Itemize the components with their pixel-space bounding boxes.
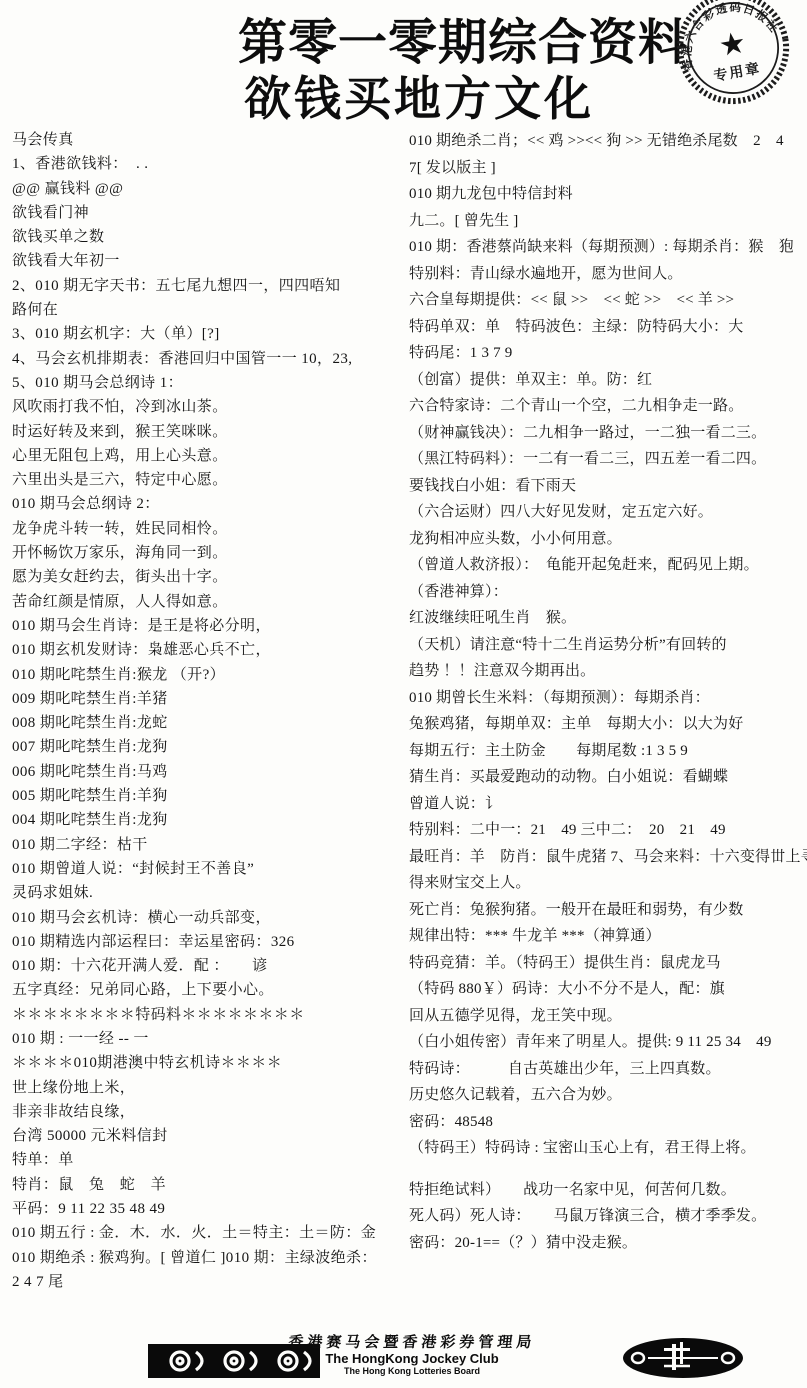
text-line: 006 期叱咤禁生肖:马鸡 bbox=[12, 760, 409, 784]
text-line: 1、香港欲钱料： . . bbox=[12, 152, 409, 176]
text-line: 007 期叱咤禁生肖:龙狗 bbox=[12, 735, 409, 759]
text-line: 兔猴鸡猪，每期单双：主单 每期大小：以大为好 bbox=[409, 711, 807, 738]
right-column: 010 期绝杀二肖；<< 鸡 >><< 狗 >> 无错绝杀尾数 2 47[ 发以… bbox=[409, 128, 807, 1294]
text-line: （香港神算）： bbox=[409, 579, 807, 606]
text-line: ＊＊＊＊＊＊＊＊特码料＊＊＊＊＊＊＊＊ bbox=[12, 1003, 409, 1027]
text-line: 欲钱看门神 bbox=[12, 201, 409, 225]
lotteries-board-logo bbox=[620, 1336, 746, 1380]
text-line: 六里出头是三六，特定中心愿。 bbox=[12, 468, 409, 492]
text-line: 龙争虎斗转一转，姓民同相怜。 bbox=[12, 517, 409, 541]
text-line: 死人码）死人诗： 马鼠万锋演三合，横才季季发。 bbox=[409, 1203, 807, 1230]
text-line: 3、010 期玄机字：大（单）[?] bbox=[12, 322, 409, 346]
text-line: 曾道人说：讠 bbox=[409, 791, 807, 818]
text-line: 005 期叱咤禁生肖:羊狗 bbox=[12, 784, 409, 808]
page-title-line2: 欲钱买地方文化 bbox=[244, 72, 698, 126]
content-columns: 马会传真1、香港欲钱料： . .@@ 赢钱料 @@欲钱看门神欲钱买单之数欲钱看大… bbox=[0, 128, 807, 1294]
text-line: 历史悠久记载着，五六合为妙。 bbox=[409, 1082, 807, 1109]
text-line: （特码王）特码诗 : 宝密山玉心上有，君王得上将。 bbox=[409, 1135, 807, 1162]
text-line: 010 期马会玄机诗：横心一动兵部变， bbox=[12, 906, 409, 930]
text-line: 008 期叱咤禁生肖:龙蛇 bbox=[12, 711, 409, 735]
text-line: 010 期 : 一一经 -- 一 bbox=[12, 1027, 409, 1051]
text-line: 趋势 ！！注意双今期再出。 bbox=[409, 658, 807, 685]
text-line: 平码：9 11 22 35 48 49 bbox=[12, 1197, 409, 1221]
text-line: 要钱找白小姐：看下雨天 bbox=[409, 473, 807, 500]
text-line: 004 期叱咤禁生肖:龙狗 bbox=[12, 808, 409, 832]
text-line: 010 期九龙包中特信封料 bbox=[409, 181, 807, 208]
text-line: 特别料：二中一：21 49 三中二： 20 21 49 bbox=[409, 817, 807, 844]
club-name-en: The HongKong Jockey Club bbox=[262, 1352, 562, 1366]
text-line: 010 期曾长生米料：（每期预测）：每期杀肖： bbox=[409, 685, 807, 712]
text-line: （天机）请注意“特十二生肖运势分析”有回转的 bbox=[409, 632, 807, 659]
footer: 香港赛马会暨香港彩券管理局 The HongKong Jockey Club T… bbox=[0, 1318, 807, 1388]
text-line: 010 期绝杀二肖；<< 鸡 >><< 狗 >> 无错绝杀尾数 2 4 bbox=[409, 128, 807, 155]
text-line: 010 期：十六花开满人爱．配 ： 谚 bbox=[12, 954, 409, 978]
text-line: 密码：48548 bbox=[409, 1109, 807, 1136]
text-line bbox=[409, 1162, 807, 1177]
text-line: 苦命红颜是情原，人人得如意。 bbox=[12, 590, 409, 614]
text-line: （特码 880￥）码诗：大小不分不是人，配：旗 bbox=[409, 976, 807, 1003]
text-line: 每期五行：主土防金 每期尾数 :1 3 5 9 bbox=[409, 738, 807, 765]
text-line: 灵码求姐妹. bbox=[12, 881, 409, 905]
text-line: 010 期玄机发财诗：枭雄恶心兵不亡， bbox=[12, 638, 409, 662]
star-icon: ★ bbox=[716, 26, 748, 63]
text-line: 特拒绝试料） 战功一名家中见，何苦何几数。 bbox=[409, 1177, 807, 1204]
footer-text: 香港赛马会暨香港彩券管理局 The HongKong Jockey Club T… bbox=[262, 1331, 562, 1376]
text-line: 4、马会玄机排期表：香港回归中国管一一 10，23, bbox=[12, 347, 409, 371]
text-line: 010 期五行 : 金．木．水．火．土＝特主：土＝防：金 bbox=[12, 1221, 409, 1245]
text-line: 风吹雨打我不怕，冷到冰山茶。 bbox=[12, 395, 409, 419]
text-line: 死亡肖：兔猴狗猪。一般开在最旺和弱势，有少数 bbox=[409, 897, 807, 924]
page-title: 第零一零期综合资料 欲钱买地方文化 bbox=[238, 14, 698, 126]
text-line: @@ 赢钱料 @@ bbox=[12, 177, 409, 201]
club-name-cn: 香港赛马会暨香港彩券管理局 bbox=[261, 1331, 563, 1352]
text-line: （黑江特码料）：一二有一看二三，四五差一看二四。 bbox=[409, 446, 807, 473]
text-line: 密码：20-1==（？）猜中没走猴。 bbox=[409, 1230, 807, 1257]
text-line: （创富）提供：单双主：单。防：红 bbox=[409, 367, 807, 394]
text-line: （白小姐传密）青年来了明星人。提供: 9 11 25 34 49 bbox=[409, 1029, 807, 1056]
circular-stamp: 香港六合彩透码日报社 ★ 专用章 bbox=[649, 0, 807, 126]
text-line: 7[ 发以版主 ] bbox=[409, 155, 807, 182]
text-line: 特单：单 bbox=[12, 1148, 409, 1172]
text-line: 特码尾：1 3 7 9 bbox=[409, 340, 807, 367]
text-line: 规律出特：*** 牛龙羊 ***（神算通） bbox=[409, 923, 807, 950]
text-line: 得来财宝交上人。 bbox=[409, 870, 807, 897]
text-line: （曾道人救济报）： 龟能开起兔赶来，配码见上期。 bbox=[409, 552, 807, 579]
text-line: 特肖：鼠 兔 蛇 羊 bbox=[12, 1173, 409, 1197]
text-line: 九二。[ 曾先生 ] bbox=[409, 208, 807, 235]
text-line: 009 期叱咤禁生肖:羊猪 bbox=[12, 687, 409, 711]
text-line: 010 期马会生肖诗：是王是将必分明， bbox=[12, 614, 409, 638]
text-line: 欲钱买单之数 bbox=[12, 225, 409, 249]
text-line: 010 期叱咤禁生肖:猴龙 （开?） bbox=[12, 663, 409, 687]
text-line: 特码诗： 自古英雄出少年，三上四真数。 bbox=[409, 1056, 807, 1083]
text-line: 010 期：香港蔡尚缺来料（每期预测）: 每期杀肖：猴 狍 bbox=[409, 234, 807, 261]
text-line: 愿为美女赶约去，街头出十字。 bbox=[12, 565, 409, 589]
text-line: 五字真经：兄弟同心路，上下要小心。 bbox=[12, 978, 409, 1002]
board-name-en: The Hong Kong Lotteries Board bbox=[262, 1366, 562, 1376]
text-line: 马会传真 bbox=[12, 128, 409, 152]
text-line: 心里无阻包上鸡，用上心头意。 bbox=[12, 444, 409, 468]
page-title-line1: 第零一零期综合资料 bbox=[238, 14, 698, 72]
text-line: 回从五德学见得，龙王笑中现。 bbox=[409, 1003, 807, 1030]
text-line: 特别料：青山绿水遍地开，愿为世间人。 bbox=[409, 261, 807, 288]
text-line: 开怀畅饮万家乐，海角同一到。 bbox=[12, 541, 409, 565]
text-line: 龙狗相冲应头数，小小何用意。 bbox=[409, 526, 807, 553]
text-line: 猜生肖：买最爱跑动的动物。白小姐说：看蝴蝶 bbox=[409, 764, 807, 791]
text-line: ＊＊＊＊010期港澳中特玄机诗＊＊＊＊ bbox=[12, 1051, 409, 1075]
text-line: 欲钱看大年初一 bbox=[12, 249, 409, 273]
text-line: 台湾 50000 元米料信封 bbox=[12, 1124, 409, 1148]
text-line: 最旺肖：羊 防肖：鼠牛虎猪 7、马会来料：十六变得丗上寻， bbox=[409, 844, 807, 871]
text-line: 5、010 期马会总纲诗 1： bbox=[12, 371, 409, 395]
text-line: 2 4 7 尾 bbox=[12, 1270, 409, 1294]
text-line: （财神赢钱决）：二九相争一路过，一二独一看二三。 bbox=[409, 420, 807, 447]
text-line: 时运好转及来到，猴王笑咪咪。 bbox=[12, 420, 409, 444]
text-line: 2、010 期无字天书：五七尾九想四一，四四唔知 bbox=[12, 274, 409, 298]
text-line: 010 期马会总纲诗 2： bbox=[12, 492, 409, 516]
text-line: 特码竞猜：羊。（特码王）提供生肖：鼠虎龙马 bbox=[409, 950, 807, 977]
text-line: 010 期精选内部运程曰：幸运星密码：326 bbox=[12, 930, 409, 954]
text-line: 六合特家诗：二个青山一个空，二九相争走一路。 bbox=[409, 393, 807, 420]
text-line: 特码单双：单 特码波色：主绿：防特码大小：大 bbox=[409, 314, 807, 341]
text-line: 010 期绝杀 : 猴鸡狗。[ 曾道仁 ]010 期：主绿波绝杀： bbox=[12, 1246, 409, 1270]
text-line: 非亲非故结良缘， bbox=[12, 1100, 409, 1124]
text-line: 六合皇每期提供：<< 鼠 >> << 蛇 >> << 羊 >> bbox=[409, 287, 807, 314]
left-column: 马会传真1、香港欲钱料： . .@@ 赢钱料 @@欲钱看门神欲钱买单之数欲钱看大… bbox=[0, 128, 409, 1294]
text-line: （六合运财）四八大好见发财，定五定六好。 bbox=[409, 499, 807, 526]
stamp-center-label: 专用章 bbox=[712, 60, 762, 84]
text-line: 010 期曾道人说：“封候封王不善良” bbox=[12, 857, 409, 881]
text-line: 010 期二字经：枯干 bbox=[12, 833, 409, 857]
text-line: 世上缘份地上米， bbox=[12, 1076, 409, 1100]
text-line: 红波继续旺吼生肖 猴。 bbox=[409, 605, 807, 632]
text-line: 路何在 bbox=[12, 298, 409, 322]
scanned-lottery-sheet: 第零一零期综合资料 欲钱买地方文化 香港六合彩透码日报社 ★ 专用章 马会传真1… bbox=[0, 0, 807, 1388]
